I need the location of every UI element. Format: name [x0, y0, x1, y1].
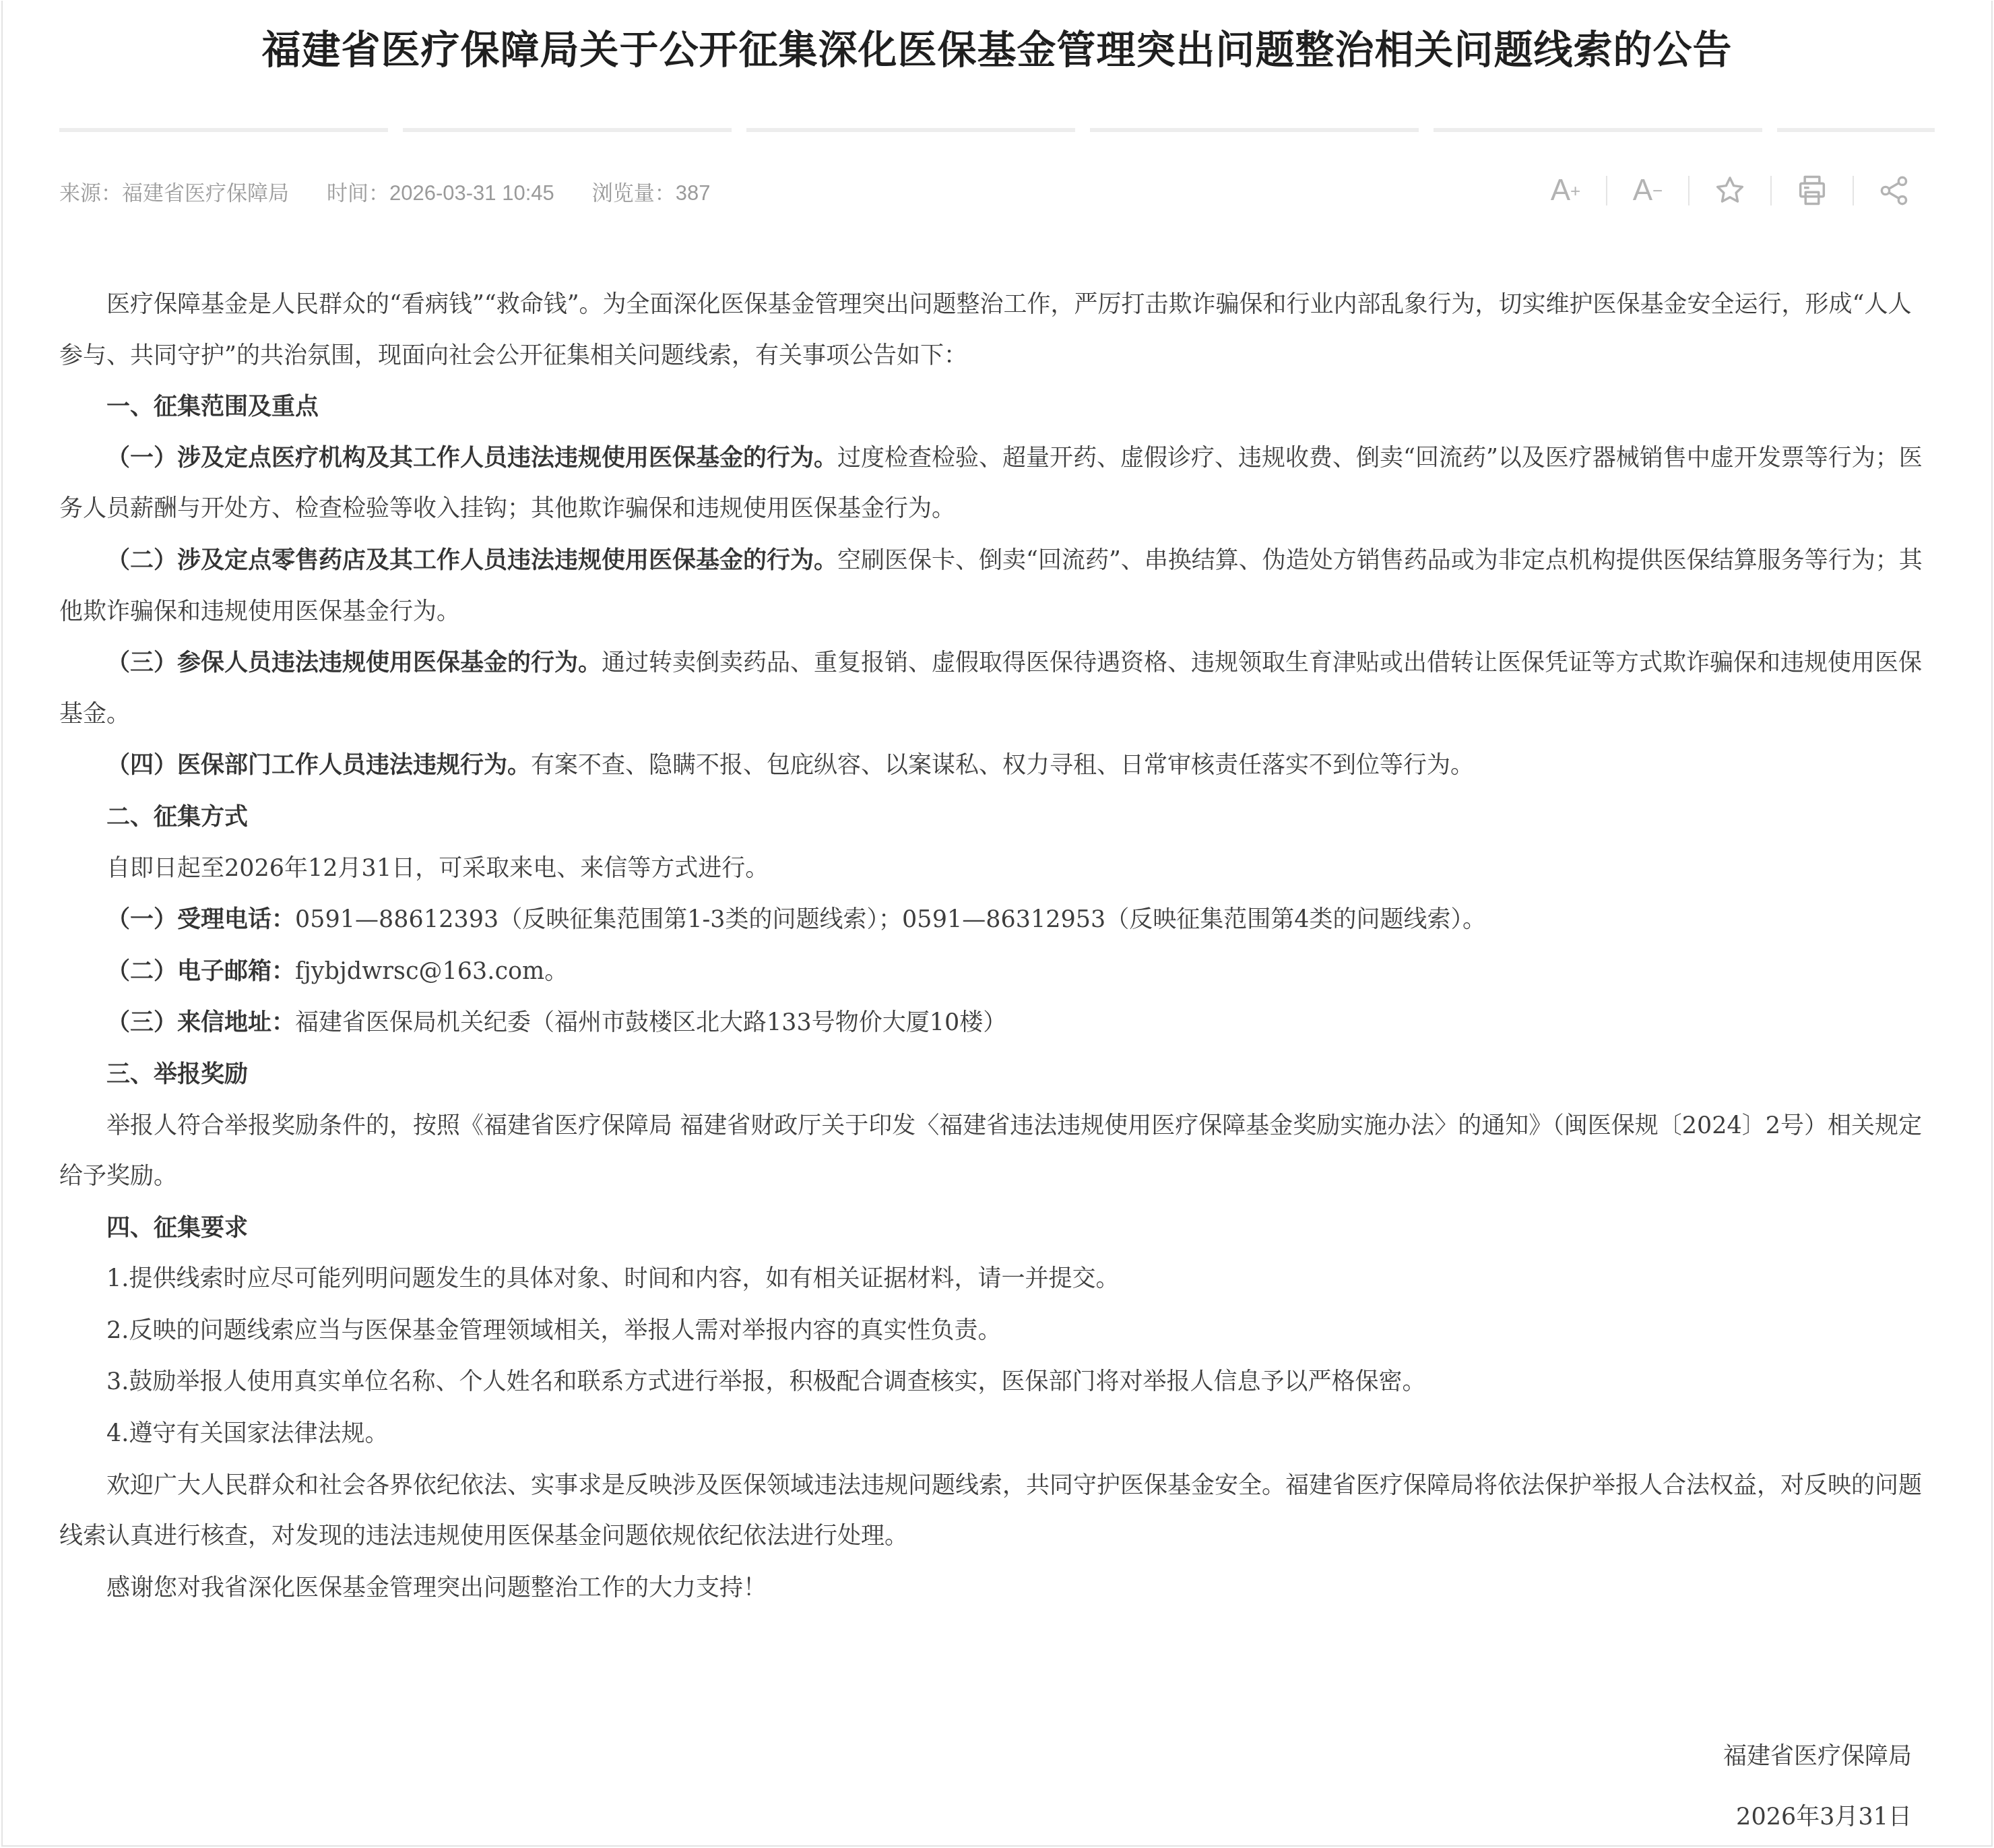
paragraph-text: 2.反映的问题线索应当与医保基金管理领域相关，举报人需对举报内容的真实性负责。: [106, 1317, 1001, 1344]
article-toolbar: A+ A−: [1525, 173, 1935, 208]
paragraph: （一）涉及定点医疗机构及其工作人员违法违规使用医保基金的行为。过度检查检验、超量…: [59, 433, 1935, 535]
section-heading: 四、征集要求: [59, 1203, 1935, 1254]
article-body: 医疗保障基金是人民群众的“看病钱”“救命钱”。为全面深化医保基金管理突出问题整治…: [59, 279, 1935, 1614]
paragraph-text: fjybjdwrsc@163.com。: [295, 958, 568, 985]
signature-agency: 福建省医疗保障局: [59, 1727, 1912, 1787]
font-decrease-button[interactable]: A−: [1607, 174, 1688, 208]
paragraph: （四）医保部门工作人员违法违规行为。有案不查、隐瞒不报、包庇纵容、以案谋私、权力…: [59, 740, 1935, 792]
paragraph-lead: 一、征集范围及重点: [106, 393, 319, 420]
section-heading: 三、举报奖励: [59, 1049, 1935, 1100]
paragraph-lead: 二、征集方式: [106, 803, 248, 831]
paragraph: 1.提供线索时应尽可能列明问题发生的具体对象、时间和内容，如有相关证据材料，请一…: [59, 1253, 1935, 1305]
section-heading: 一、征集范围及重点: [59, 381, 1935, 433]
paragraph-lead: 三、举报奖励: [106, 1060, 248, 1088]
paragraph-lead: （一）受理电话：: [106, 905, 295, 933]
paragraph: （二）电子邮箱：fjybjdwrsc@163.com。: [59, 946, 1935, 998]
paragraph-lead: （三）参保人员违法违规使用医保基金的行为。: [106, 649, 602, 676]
paragraph-text: 医疗保障基金是人民群众的“看病钱”“救命钱”。为全面深化医保基金管理突出问题整治…: [59, 291, 1911, 369]
paragraph: （一）受理电话：0591—88612393（反映征集范围第1-3类的问题线索）；…: [59, 894, 1935, 946]
meta-row: 来源：福建省医疗保障局 时间：2026-03-31 10:45 浏览量：387 …: [59, 167, 1935, 214]
paragraph-lead: （二）涉及定点零售药店及其工作人员违法违规使用医保基金的行为。: [106, 546, 837, 574]
paragraph-lead: 四、征集要求: [106, 1214, 248, 1242]
paragraph-text: 3.鼓励举报人使用真实单位名称、个人姓名和联系方式进行举报，积极配合调查核实，医…: [106, 1368, 1425, 1395]
paragraph: （二）涉及定点零售药店及其工作人员违法违规使用医保基金的行为。空刷医保卡、倒卖“…: [59, 535, 1935, 637]
meta-time: 时间：2026-03-31 10:45: [327, 176, 554, 206]
minus-sign: −: [1652, 181, 1663, 201]
meta-views: 浏览量：387: [592, 176, 711, 206]
paragraph: 自即日起至2026年12月31日，可采取来电、来信等方式进行。: [59, 843, 1935, 895]
paragraph-text: 感谢您对我省深化医保基金管理突出问题整治工作的大力支持！: [106, 1574, 767, 1601]
title-divider: [59, 128, 1935, 132]
paragraph-text: 4.遵守有关国家法律法规。: [106, 1420, 388, 1447]
signature-date: 2026年3月31日: [59, 1787, 1912, 1847]
paragraph-text: 福建省医保局机关纪委（福州市鼓楼区北大路133号物价大厦10楼）: [295, 1009, 1006, 1036]
paragraph: 举报人符合举报奖励条件的，按照《福建省医疗保障局 福建省财政厅关于印发〈福建省违…: [59, 1100, 1935, 1203]
plus-sign: +: [1570, 181, 1580, 201]
paragraph-text: 有案不查、隐瞒不报、包庇纵容、以案谋私、权力寻租、日常审核责任落实不到位等行为。: [531, 752, 1474, 779]
print-icon[interactable]: [1772, 173, 1853, 208]
favorite-star-icon[interactable]: [1690, 173, 1770, 208]
article-meta: 来源：福建省医疗保障局 时间：2026-03-31 10:45 浏览量：387: [59, 176, 711, 206]
paragraph-text: 自即日起至2026年12月31日，可采取来电、来信等方式进行。: [106, 855, 769, 882]
section-heading: 二、征集方式: [59, 792, 1935, 843]
paragraph: （三）来信地址：福建省医保局机关纪委（福州市鼓楼区北大路133号物价大厦10楼）: [59, 997, 1935, 1049]
paragraph-text: 0591—88612393（反映征集范围第1-3类的问题线索）；0591—863…: [295, 906, 1486, 933]
share-icon[interactable]: [1854, 173, 1935, 208]
paragraph: 3.鼓励举报人使用真实单位名称、个人姓名和联系方式进行举报，积极配合调查核实，医…: [59, 1356, 1935, 1408]
paragraph: （三）参保人员违法违规使用医保基金的行为。通过转卖倒卖药品、重复报销、虚假取得医…: [59, 637, 1935, 740]
paragraph-text: 举报人符合举报奖励条件的，按照《福建省医疗保障局 福建省财政厅关于印发〈福建省违…: [59, 1112, 1922, 1190]
page-title: 福建省医疗保障局关于公开征集深化医保基金管理突出问题整治相关问题线索的公告: [59, 1, 1935, 79]
paragraph-lead: （二）电子邮箱：: [106, 957, 295, 985]
paragraph: 欢迎广大人民群众和社会各界依纪依法、实事求是反映涉及医保领域违法违规问题线索，共…: [59, 1460, 1935, 1562]
paragraph-lead: （三）来信地址：: [106, 1009, 295, 1036]
meta-source: 来源：福建省医疗保障局: [59, 176, 289, 206]
paragraph-lead: （四）医保部门工作人员违法违规行为。: [106, 751, 531, 779]
font-increase-button[interactable]: A+: [1525, 174, 1606, 208]
paragraph: 4.遵守有关国家法律法规。: [59, 1408, 1935, 1460]
paragraph: 2.反映的问题线索应当与医保基金管理领域相关，举报人需对举报内容的真实性负责。: [59, 1305, 1935, 1357]
article-page: 福建省医疗保障局关于公开征集深化医保基金管理突出问题整治相关问题线索的公告 来源…: [1, 1, 1993, 1847]
signature-block: 福建省医疗保障局 2026年3月31日: [59, 1727, 1935, 1847]
paragraph: 医疗保障基金是人民群众的“看病钱”“救命钱”。为全面深化医保基金管理突出问题整治…: [59, 279, 1935, 381]
paragraph-lead: （一）涉及定点医疗机构及其工作人员违法违规使用医保基金的行为。: [106, 444, 837, 472]
paragraph: 感谢您对我省深化医保基金管理突出问题整治工作的大力支持！: [59, 1562, 1935, 1614]
paragraph-text: 欢迎广大人民群众和社会各界依纪依法、实事求是反映涉及医保领域违法违规问题线索，共…: [59, 1472, 1922, 1550]
paragraph-text: 1.提供线索时应尽可能列明问题发生的具体对象、时间和内容，如有相关证据材料，请一…: [106, 1265, 1119, 1292]
